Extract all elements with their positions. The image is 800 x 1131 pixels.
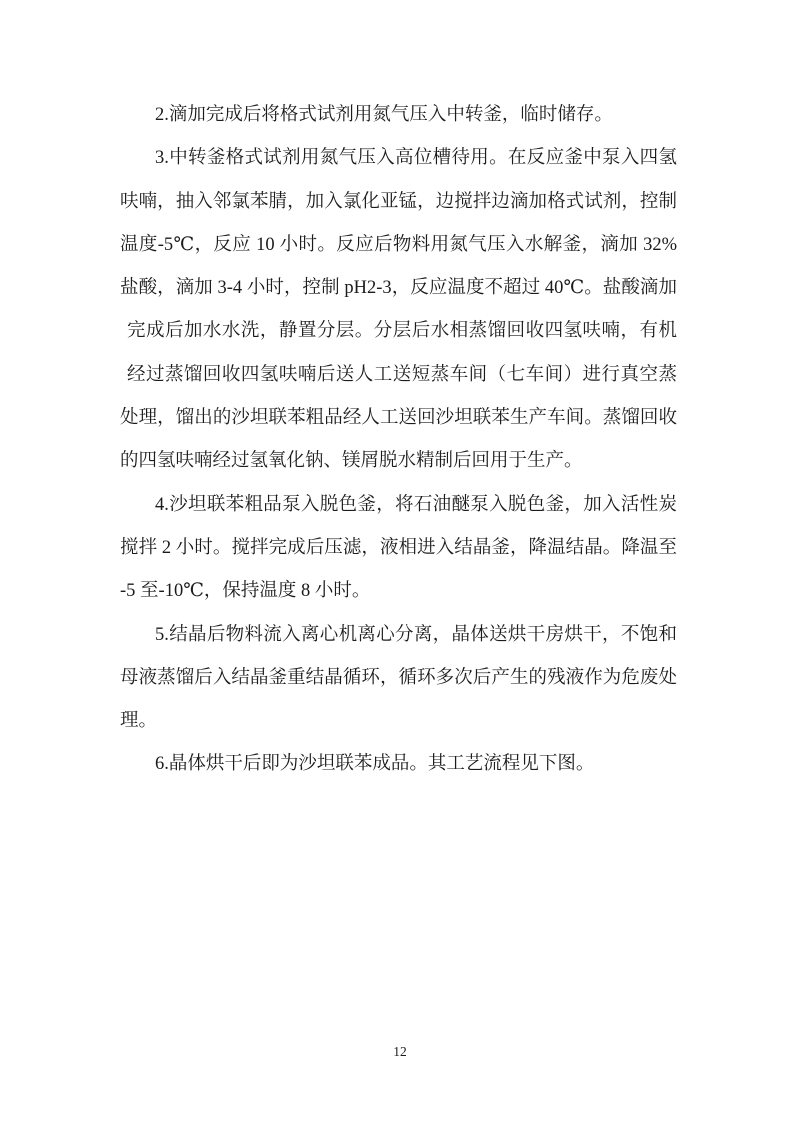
text-line: 5.结晶后物料流入离心机离心分离，晶体送烘干房烘干，不饱和 <box>120 614 677 657</box>
text-line: 2.滴加完成后将格式试剂用氮气压入中转釜，临时储存。 <box>120 94 677 137</box>
text-line: 的四氢呋喃经过氢氧化钠、镁屑脱水精制后回用于生产。 <box>120 440 677 483</box>
document-page: 2.滴加完成后将格式试剂用氮气压入中转釜，临时储存。3.中转釜格式试剂用氮气压入… <box>0 0 800 1131</box>
text-line: 经过蒸馏回收四氢呋喃后送人工送短蒸车间（七车间）进行真空蒸馏 <box>120 354 677 397</box>
text-line: 4.沙坦联苯粗品泵入脱色釜，将石油醚泵入脱色釜，加入活性炭 <box>120 484 677 527</box>
text-line: 温度-5℃，反应 10 小时。反应后物料用氮气压入水解釜，滴加 32% <box>120 224 677 267</box>
page-number: 12 <box>0 1042 800 1062</box>
text-line: 完成后加水水洗，静置分层。分层后水相蒸馏回收四氢呋喃，有机相 <box>120 310 677 353</box>
text-line: 搅拌 2 小时。搅拌完成后压滤，液相进入结晶釜，降温结晶。降温至 <box>120 527 677 570</box>
text-line: 理。 <box>120 700 677 743</box>
text-line: 盐酸，滴加 3-4 小时，控制 pH2-3，反应温度不超过 40℃。盐酸滴加 <box>120 267 677 310</box>
text-line: -5 至-10℃，保持温度 8 小时。 <box>120 570 677 613</box>
text-line: 处理，馏出的沙坦联苯粗品经人工送回沙坦联苯生产车间。蒸馏回收 <box>120 397 677 440</box>
text-line: 3.中转釜格式试剂用氮气压入高位槽待用。在反应釜中泵入四氢 <box>120 137 677 180</box>
document-body: 2.滴加完成后将格式试剂用氮气压入中转釜，临时储存。3.中转釜格式试剂用氮气压入… <box>120 94 677 787</box>
text-line: 6.晶体烘干后即为沙坦联苯成品。其工艺流程见下图。 <box>120 743 677 786</box>
text-line: 呋喃，抽入邻氯苯腈，加入氯化亚锰，边搅拌边滴加格式试剂，控制 <box>120 181 677 224</box>
text-line: 母液蒸馏后入结晶釜重结晶循环，循环多次后产生的残液作为危废处 <box>120 657 677 700</box>
